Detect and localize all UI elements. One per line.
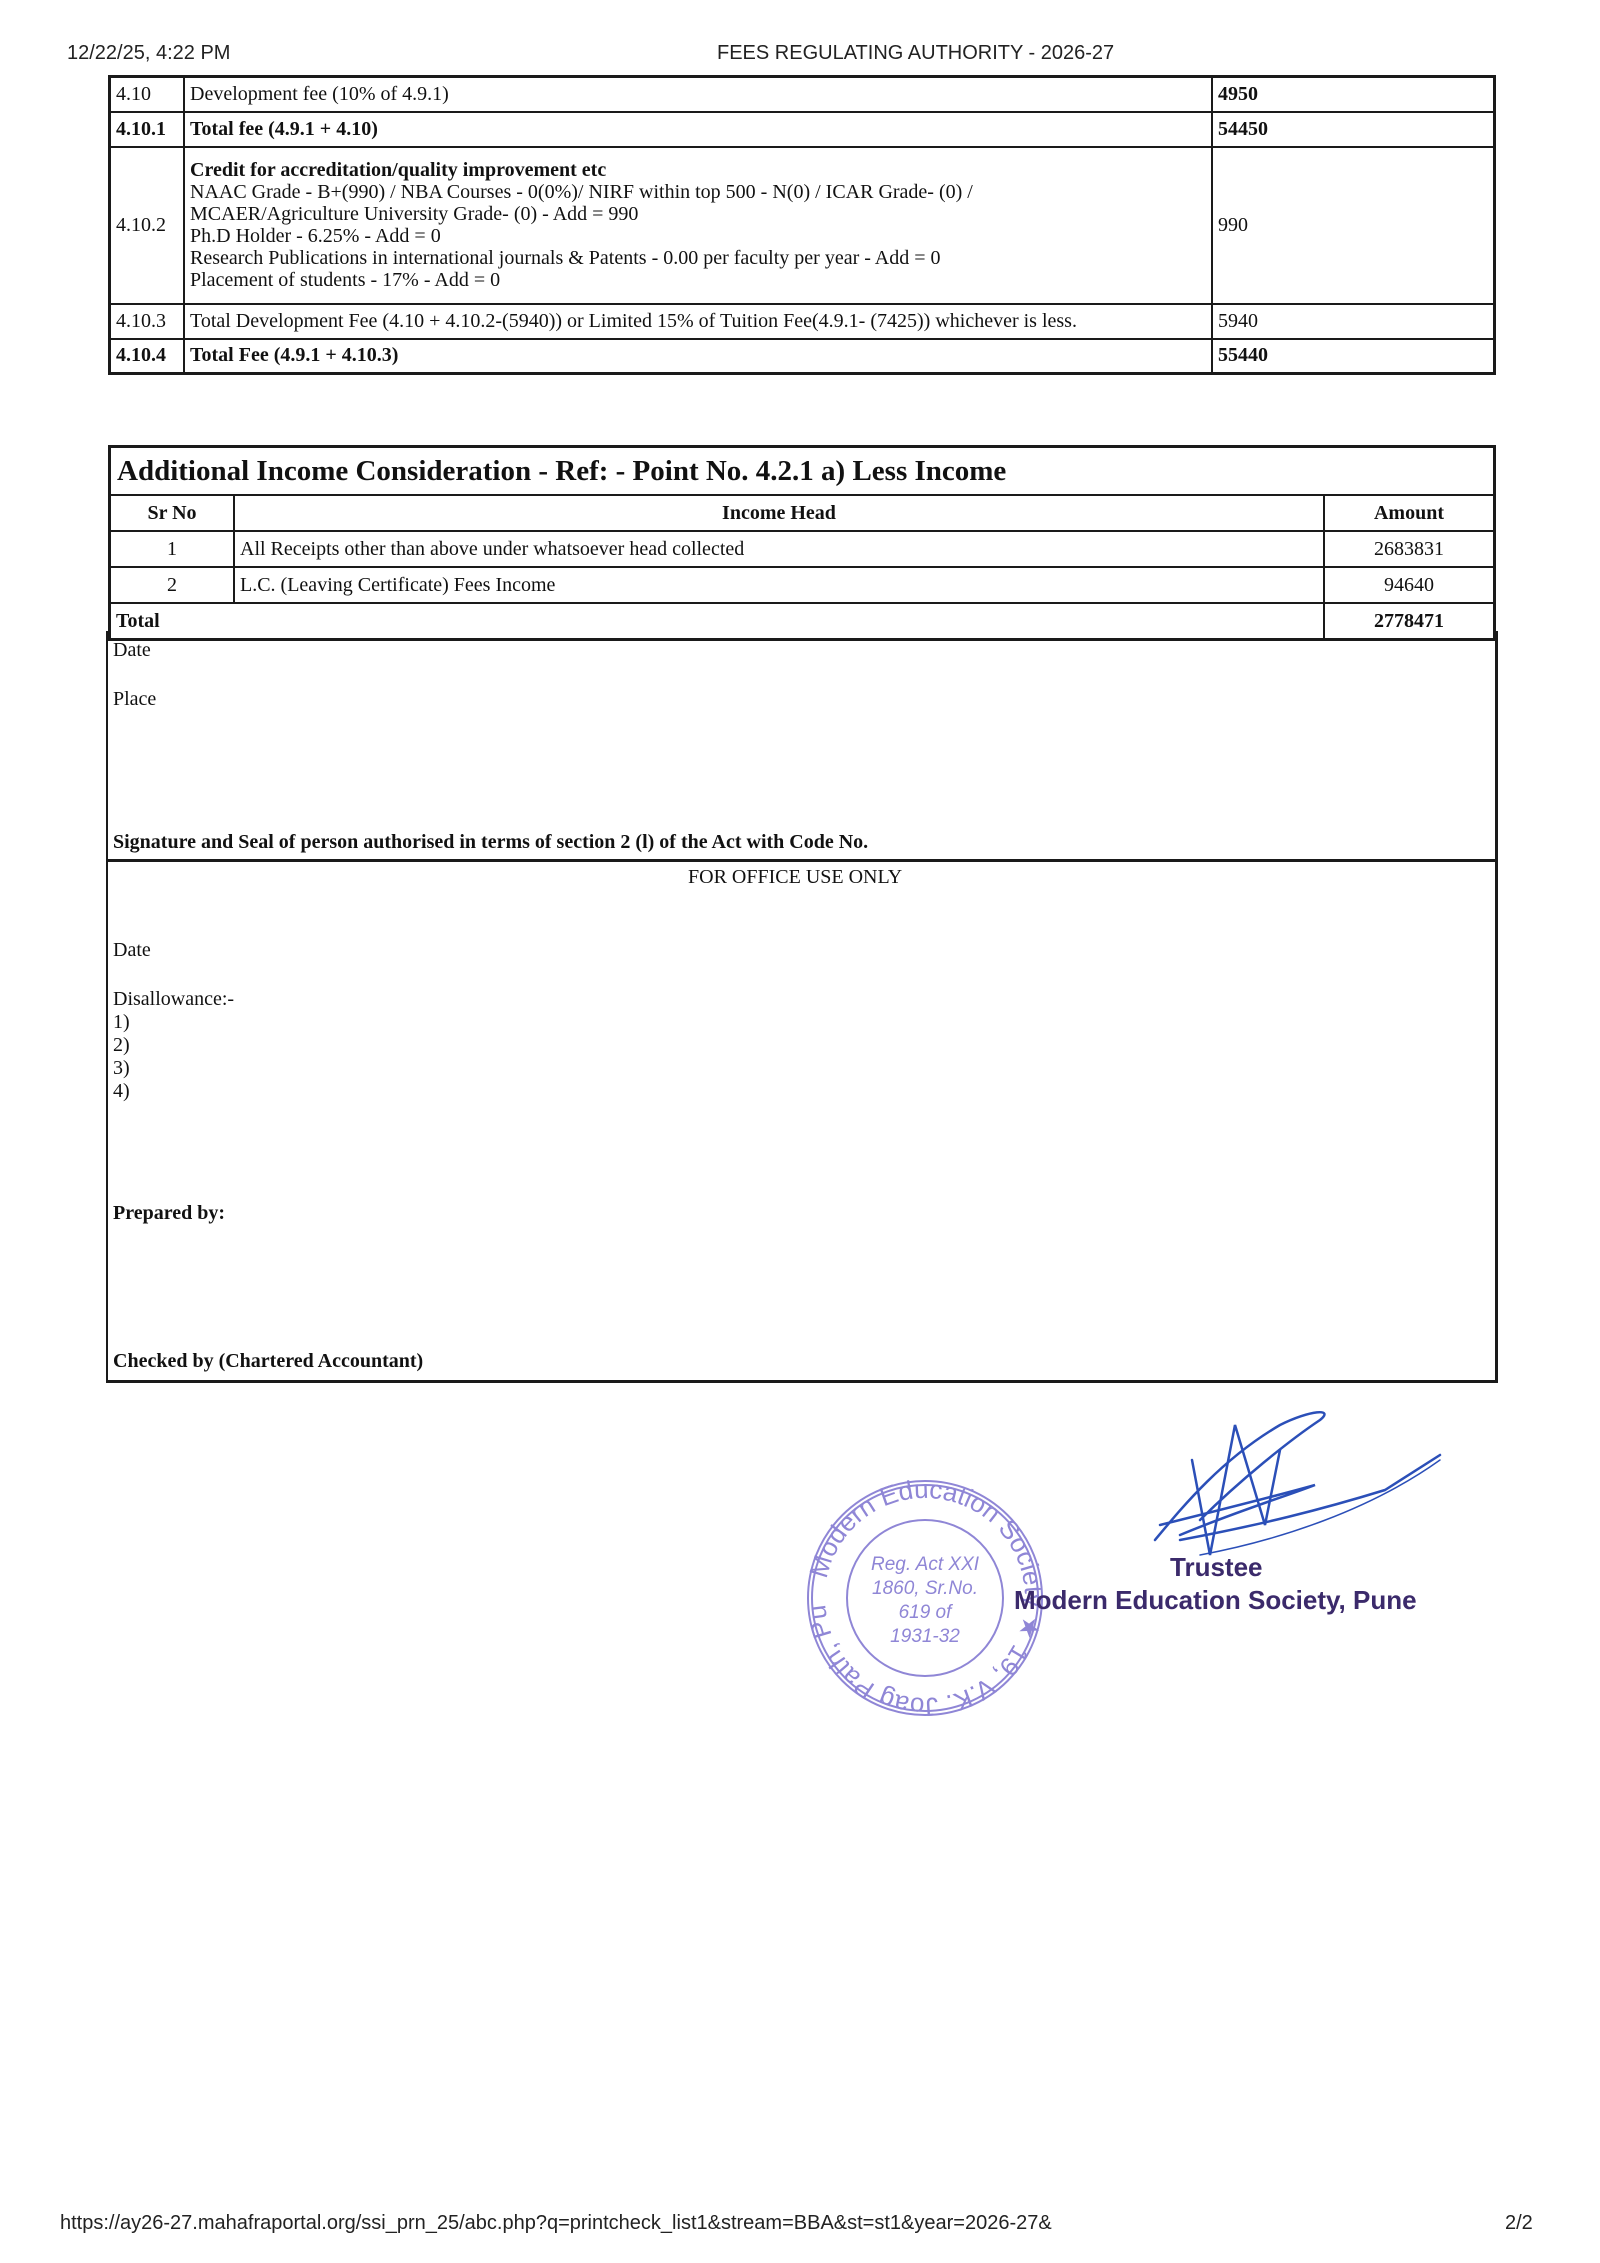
disallowance-item: 1) [113, 1013, 130, 1032]
credit-line: Research Publications in international j… [190, 247, 1206, 269]
disallowance-label: Disallowance:- [113, 988, 234, 1011]
disallowance-item: 3) [113, 1059, 130, 1078]
signature-seal-label: Signature and Seal of person authorised … [113, 831, 868, 854]
row-value: 990 [1212, 147, 1495, 304]
table-row: 4.10.4 Total Fee (4.9.1 + 4.10.3) 55440 [110, 339, 1495, 374]
row-description: Total Development Fee (4.10 + 4.10.2-(59… [184, 304, 1212, 339]
row-value: 55440 [1212, 339, 1495, 374]
disallowance-item: 2) [113, 1036, 130, 1055]
table-row: 4.10 Development fee (10% of 4.9.1) 4950 [110, 77, 1495, 112]
disallowance-item: 4) [113, 1082, 130, 1101]
checked-by-label: Checked by (Chartered Accountant) [113, 1350, 423, 1373]
header-sr-no: Sr No [110, 495, 235, 531]
row-value: 54450 [1212, 112, 1495, 147]
income-table-title: Additional Income Consideration - Ref: -… [110, 447, 1495, 496]
signatory-title: Trustee [1170, 1552, 1263, 1583]
print-url: https://ay26-27.mahafraportal.org/ssi_pr… [60, 2212, 1052, 2235]
handwritten-signature-icon [1140, 1400, 1460, 1565]
signature-section: Date Place Signature and Seal of person … [106, 631, 1498, 862]
row-value: 5940 [1212, 304, 1495, 339]
row-income-head: L.C. (Leaving Certificate) Fees Income [234, 567, 1324, 603]
place-label: Place [113, 688, 156, 711]
signatory-organization: Modern Education Society, Pune [1014, 1585, 1417, 1616]
table-row: 4.10.3 Total Development Fee (4.10 + 4.1… [110, 304, 1495, 339]
row-value: 4950 [1212, 77, 1495, 112]
header-amount: Amount [1324, 495, 1495, 531]
row-code: 4.10.4 [110, 339, 185, 374]
fee-table: 4.10 Development fee (10% of 4.9.1) 4950… [108, 75, 1496, 375]
row-amount: 2683831 [1324, 531, 1495, 567]
row-sr-no: 2 [110, 567, 235, 603]
row-amount: 94640 [1324, 567, 1495, 603]
stamp-line: 619 of [899, 1602, 954, 1623]
header-income-head: Income Head [234, 495, 1324, 531]
row-code: 4.10.3 [110, 304, 185, 339]
credit-line: Placement of students - 17% - Add = 0 [190, 269, 1206, 291]
office-use-section: FOR OFFICE USE ONLY Date Disallowance:- … [106, 862, 1498, 1383]
row-description: Development fee (10% of 4.9.1) [184, 77, 1212, 112]
prepared-by-label: Prepared by: [113, 1202, 225, 1225]
office-date-label: Date [113, 939, 151, 962]
page-number: 2/2 [1505, 2212, 1533, 2235]
office-use-title: FOR OFFICE USE ONLY [688, 866, 902, 889]
stamp-line: 1860, Sr.No. [872, 1578, 978, 1599]
table-header-row: Sr No Income Head Amount [110, 495, 1495, 531]
row-sr-no: 1 [110, 531, 235, 567]
row-code: 4.10.2 [110, 147, 185, 304]
credit-line: MCAER/Agriculture University Grade- (0) … [190, 203, 1206, 225]
date-label: Date [113, 639, 151, 662]
print-datetime: 12/22/25, 4:22 PM [67, 42, 230, 65]
credit-line: NAAC Grade - B+(990) / NBA Courses - 0(0… [190, 181, 1206, 203]
row-description: Total Fee (4.9.1 + 4.10.3) [184, 339, 1212, 374]
society-seal-stamp-icon: Modern Education Society ★ 19, V.K. Joag… [800, 1478, 1050, 1718]
additional-income-table: Additional Income Consideration - Ref: -… [108, 445, 1496, 641]
table-row: 4.10.2 Credit for accreditation/quality … [110, 147, 1495, 304]
table-row: 4.10.1 Total fee (4.9.1 + 4.10) 54450 [110, 112, 1495, 147]
stamp-line: Reg. Act XXI [871, 1554, 980, 1575]
row-description: Total fee (4.9.1 + 4.10) [184, 112, 1212, 147]
table-row: 1 All Receipts other than above under wh… [110, 531, 1495, 567]
credit-line: Ph.D Holder - 6.25% - Add = 0 [190, 225, 1206, 247]
row-code: 4.10.1 [110, 112, 185, 147]
stamp-line: 1931-32 [890, 1626, 960, 1647]
table-row: 2 L.C. (Leaving Certificate) Fees Income… [110, 567, 1495, 603]
credit-heading: Credit for accreditation/quality improve… [190, 159, 1206, 181]
row-code: 4.10 [110, 77, 185, 112]
print-page-title: FEES REGULATING AUTHORITY - 2026-27 [717, 42, 1114, 65]
accreditation-credit-details: Credit for accreditation/quality improve… [184, 147, 1212, 304]
row-income-head: All Receipts other than above under what… [234, 531, 1324, 567]
